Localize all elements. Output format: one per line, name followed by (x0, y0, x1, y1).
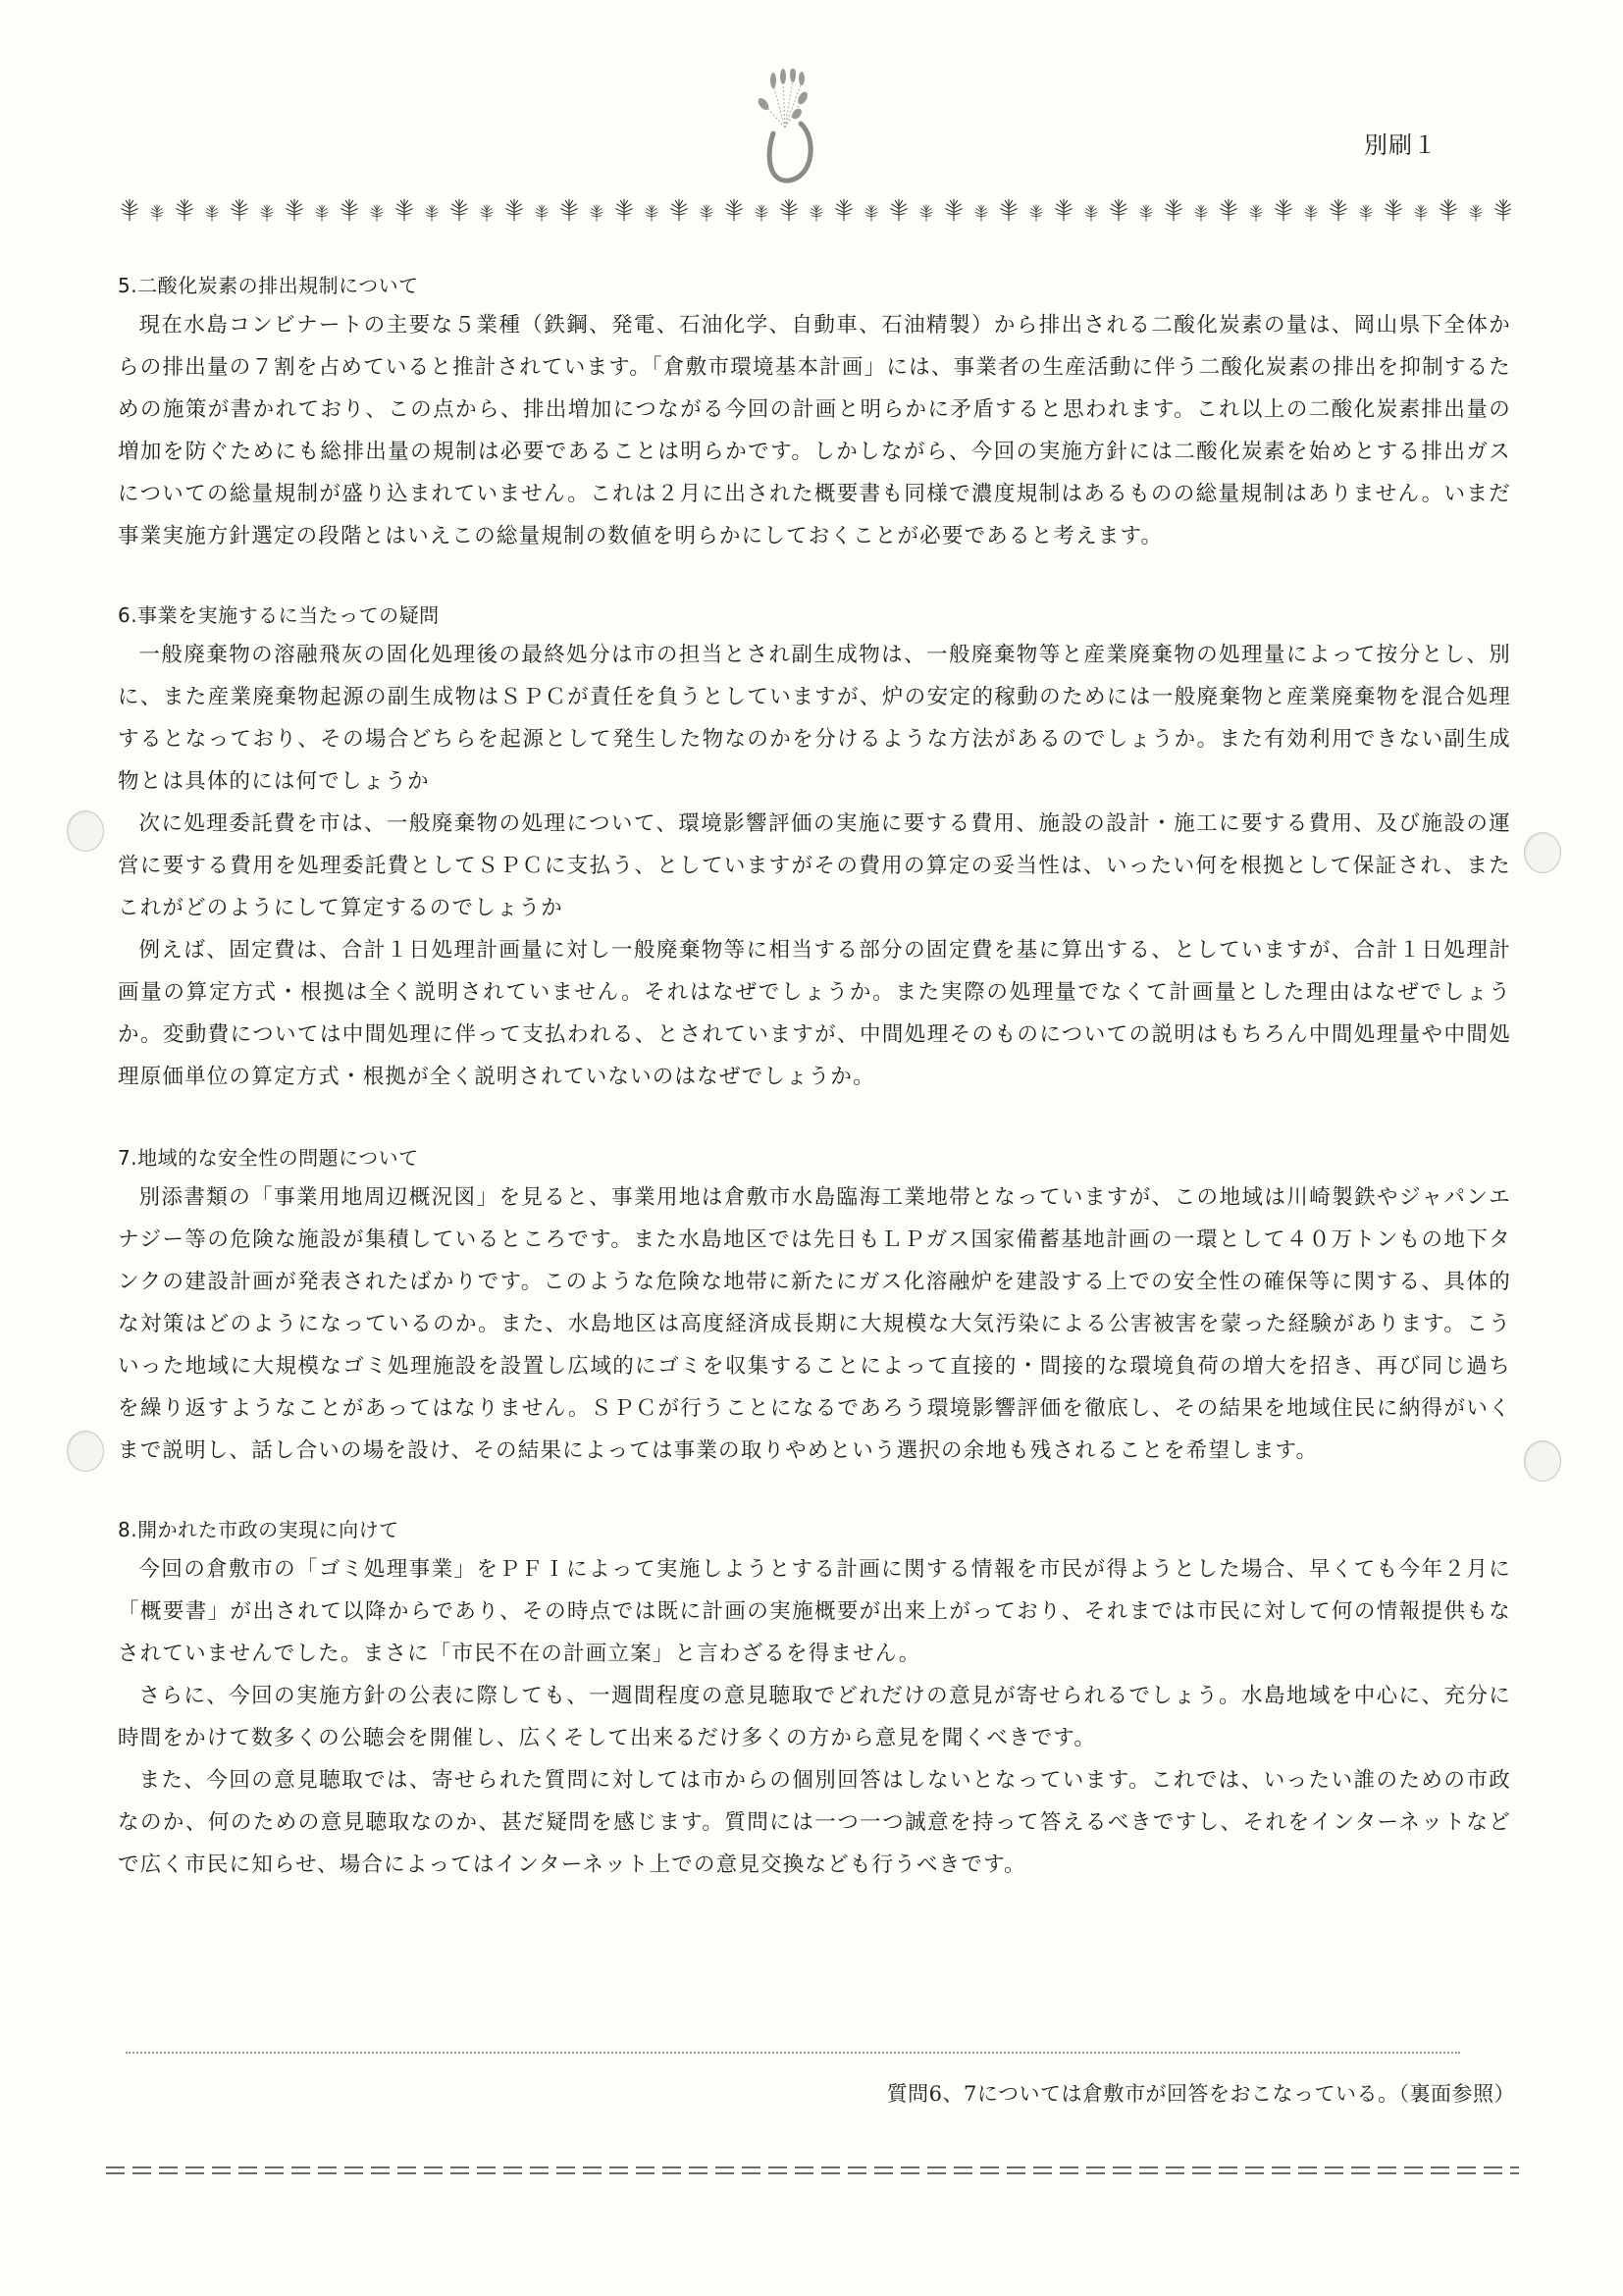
tree-icon (698, 204, 715, 226)
tree-icon (612, 198, 636, 226)
tree-icon (667, 198, 691, 226)
paragraph: 例えば、固定費は、合計１日処理計画量に対し一般廃棄物等に相当する部分の固定費を基… (118, 929, 1511, 1098)
tree-icon (1492, 198, 1511, 226)
tree-icon (942, 198, 966, 226)
document-label: 別刷１ (1364, 126, 1438, 160)
double-dashed-divider (106, 2166, 1519, 2175)
section-title: 5.二酸化炭素の排出規制について (118, 271, 1511, 300)
punch-hole (1524, 832, 1561, 873)
section-regional-safety: 7.地域的な安全性の問題について 別添書類の「事業用地周辺概況図」を見ると、事業… (118, 1143, 1511, 1472)
document-body: 5.二酸化炭素の排出規制について 現在水島コンビナートの主要な５業種（鉄鋼、発電… (118, 271, 1511, 1925)
paragraph: さらに、今回の実施方針の公表に際しても、一週間程度の意見聴取でどれだけの意見が寄… (118, 1675, 1511, 1759)
section-title: 8.開かれた市政の実現に向けて (118, 1515, 1511, 1544)
tree-icon (997, 198, 1021, 226)
tree-icon (502, 198, 526, 226)
tree-icon (1107, 198, 1130, 226)
tree-icon (258, 204, 276, 226)
section-co2-regulation: 5.二酸化炭素の排出規制について 現在水島コンビナートの主要な５業種（鉄鋼、発電… (118, 271, 1511, 557)
tree-icon (1217, 198, 1240, 226)
tree-icon (1357, 204, 1375, 226)
paragraph: 現在水島コンビナートの主要な５業種（鉄鋼、発電、石油化学、自動車、石油精製）から… (118, 304, 1511, 557)
paragraph: 一般廃棄物の溶融飛灰の固化処理後の最終処分は市の担当とされ副生成物は、一般廃棄物… (118, 634, 1511, 803)
tree-icon (203, 204, 221, 226)
tree-icon (447, 198, 471, 226)
section-title: 6.事業を実施するに当たっての疑問 (118, 600, 1511, 630)
tree-icon (423, 204, 441, 226)
tree-icon (1192, 204, 1210, 226)
tree-icon (1412, 204, 1430, 226)
tree-icon (557, 198, 581, 226)
punch-hole (67, 810, 104, 852)
tree-icon (972, 204, 990, 226)
paragraph: また、今回の意見聴取では、寄せられた質問に対しては市からの個別回答はしないとなっ… (118, 1759, 1511, 1886)
tree-icon (478, 204, 496, 226)
tree-icon (832, 198, 856, 226)
tree-icon (283, 198, 306, 226)
dotted-divider (126, 2052, 1460, 2054)
tree-icon (777, 198, 801, 226)
tree-icon (1162, 198, 1185, 226)
tree-icon (533, 204, 550, 226)
tree-icon (338, 198, 361, 226)
paragraph: 次に処理委託費を市は、一般廃棄物の処理について、環境影響評価の実施に要する費用、… (118, 803, 1511, 929)
tree-icon (753, 204, 770, 226)
tree-icon (1382, 198, 1405, 226)
tree-icon (643, 204, 660, 226)
paragraph: 別添書類の「事業用地周辺概況図」を見ると、事業用地は倉敷市水島臨海工業地帯となっ… (118, 1176, 1511, 1472)
footer-note: 質問6、7については倉敷市が回答をおこなっている。（裏面参照） (887, 2078, 1515, 2108)
tree-icon (1467, 204, 1485, 226)
tree-icon (1302, 204, 1320, 226)
tree-icon (393, 198, 416, 226)
tree-icon (722, 198, 746, 226)
tree-icon (1327, 198, 1350, 226)
punch-hole (67, 1431, 104, 1472)
tree-icon (368, 204, 386, 226)
tree-icon (863, 204, 880, 226)
tree-icon (118, 198, 141, 226)
section-open-government: 8.開かれた市政の実現に向けて 今回の倉敷市の「ゴミ処理事業」をＰＦＩによって実… (118, 1515, 1511, 1886)
punch-hole (1524, 1440, 1561, 1482)
tree-icon (173, 198, 196, 226)
tree-icon (1437, 198, 1460, 226)
tree-icon (313, 204, 331, 226)
tree-icon (1272, 198, 1295, 226)
tree-icon (917, 204, 935, 226)
tree-icon (887, 198, 911, 226)
tree-icon (1027, 204, 1045, 226)
tree-icon (1082, 204, 1100, 226)
tree-icon (148, 204, 166, 226)
tree-ring-logo-icon (756, 69, 834, 186)
tree-icon (228, 198, 251, 226)
tree-border-decoration (118, 186, 1511, 226)
tree-icon (1137, 204, 1155, 226)
tree-icon (1247, 204, 1265, 226)
tree-icon (588, 204, 605, 226)
tree-icon (808, 204, 825, 226)
tree-icon (1052, 198, 1075, 226)
section-title: 7.地域的な安全性の問題について (118, 1143, 1511, 1173)
section-implementation-questions: 6.事業を実施するに当たっての疑問 一般廃棄物の溶融飛灰の固化処理後の最終処分は… (118, 600, 1511, 1098)
paragraph: 今回の倉敷市の「ゴミ処理事業」をＰＦＩによって実施しようとする計画に関する情報を… (118, 1548, 1511, 1675)
